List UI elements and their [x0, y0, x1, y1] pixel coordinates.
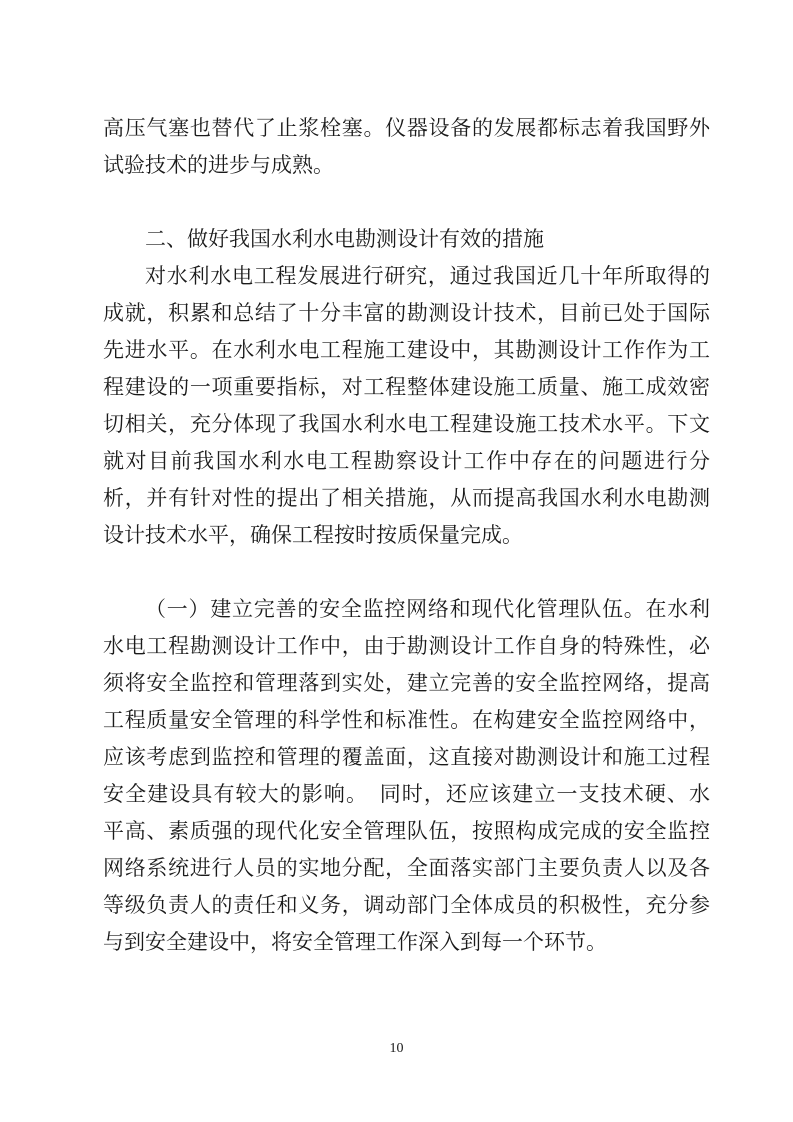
- body-text-line: 与到安全建设中，将安全管理工作深入到每一个环节。: [103, 924, 710, 961]
- blank-line: [103, 554, 710, 591]
- body-text-line: （一）建立完善的安全监控网络和现代化管理队伍。在水利: [103, 591, 710, 628]
- body-text-line: 对水利水电工程发展进行研究，通过我国近几十年所取得的: [103, 258, 710, 295]
- section-heading: 二、做好我国水利水电勘测设计有效的措施: [103, 221, 710, 258]
- body-text-line: 切相关，充分体现了我国水利水电工程建设施工技术水平。下文: [103, 406, 710, 443]
- body-text-line: 应该考虑到监控和管理的覆盖面，这直接对勘测设计和施工过程: [103, 739, 710, 776]
- document-body: 高压气塞也替代了止浆栓塞。仪器设备的发展都标志着我国野外 试验技术的进步与成熟。…: [103, 110, 710, 961]
- body-text-line: 安全建设具有较大的影响。 同时，还应该建立一支技术硬、水: [103, 776, 710, 813]
- body-text-line: 成就，积累和总结了十分丰富的勘测设计技术，目前已处于国际: [103, 295, 710, 332]
- body-text-line: 就对目前我国水利水电工程勘察设计工作中存在的问题进行分: [103, 443, 710, 480]
- document-page: 高压气塞也替代了止浆栓塞。仪器设备的发展都标志着我国野外 试验技术的进步与成熟。…: [0, 0, 793, 1122]
- blank-line: [103, 184, 710, 221]
- body-text-line: 须将安全监控和管理落到实处，建立完善的安全监控网络，提高: [103, 665, 710, 702]
- body-text-line: 平高、素质强的现代化安全管理队伍，按照构成完成的安全监控: [103, 813, 710, 850]
- body-text-line: 网络系统进行人员的实地分配，全面落实部门主要负责人以及各: [103, 850, 710, 887]
- body-text-line: 析，并有针对性的提出了相关措施，从而提高我国水利水电勘测: [103, 480, 710, 517]
- page-number: 10: [0, 1040, 793, 1058]
- body-text-line: 等级负责人的责任和义务，调动部门全体成员的积极性，充分参: [103, 887, 710, 924]
- body-text-line: 高压气塞也替代了止浆栓塞。仪器设备的发展都标志着我国野外: [103, 110, 710, 147]
- body-text-line: 程建设的一项重要指标，对工程整体建设施工质量、施工成效密: [103, 369, 710, 406]
- body-text-line: 水电工程勘测设计工作中，由于勘测设计工作自身的特殊性，必: [103, 628, 710, 665]
- body-text-line: 工程质量安全管理的科学性和标准性。在构建安全监控网络中，: [103, 702, 710, 739]
- body-text-line: 设计技术水平，确保工程按时按质保量完成。: [103, 517, 710, 554]
- body-text-line: 试验技术的进步与成熟。: [103, 147, 710, 184]
- body-text-line: 先进水平。在水利水电工程施工建设中，其勘测设计工作作为工: [103, 332, 710, 369]
